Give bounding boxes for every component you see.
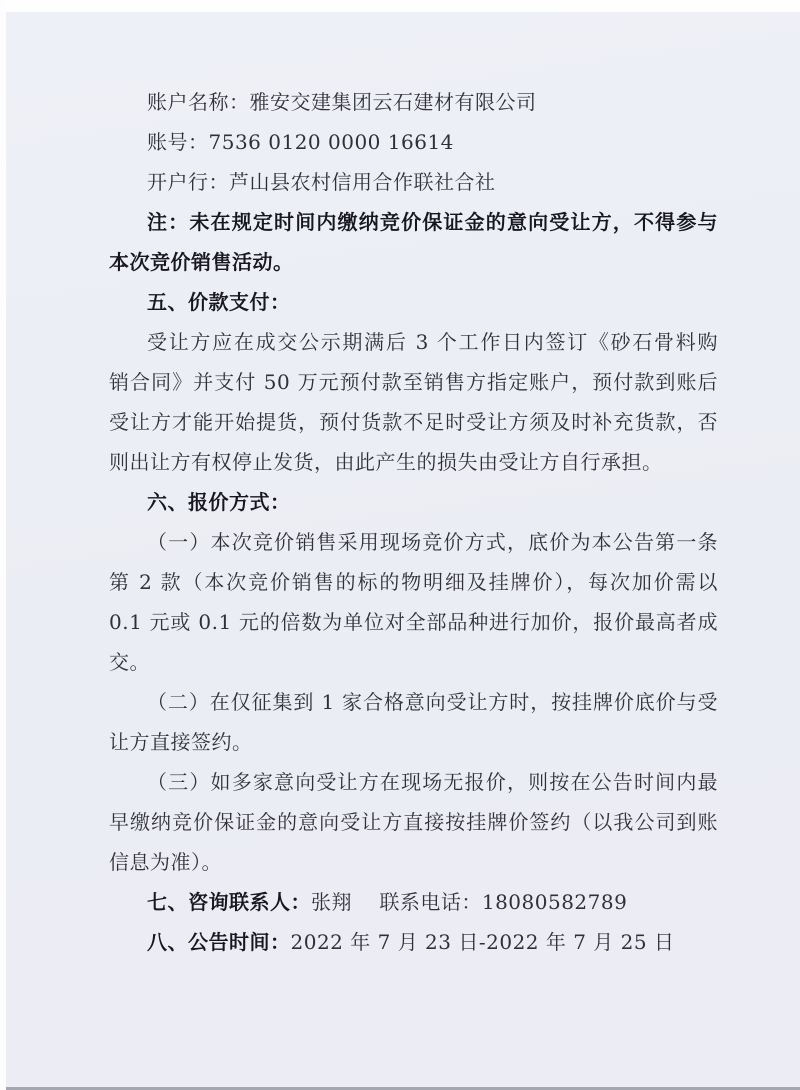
bid-method-item2-line-2: 让方直接签约。: [109, 722, 718, 762]
account-name-line: 账户名称：雅安交建集团云石建材有限公司: [109, 82, 718, 122]
announcement-period-line: 八、公告时间：2022 年 7 月 23 日-2022 年 7 月 25 日: [109, 922, 718, 962]
contact-heading: 七、咨询联系人：: [147, 890, 311, 914]
bid-method-item3-line-1: （三）如多家意向受让方在现场无报价，则按在公告时间内最: [109, 762, 718, 802]
payment-para-line-2: 销合同》并支付 50 万元预付款至销售方指定账户，预付款到账后: [109, 362, 718, 402]
account-number-line: 账号：7536 0120 0000 16614: [109, 122, 718, 162]
contact-line: 七、咨询联系人：张翔 联系电话：18080582789: [109, 882, 718, 922]
payment-para-line-3: 受让方才能开始提货，预付货款不足时受让方须及时补充货款，否: [109, 402, 718, 442]
payment-para-line-4: 则出让方有权停止发货，由此产生的损失由受让方自行承担。: [109, 442, 718, 482]
section-5-heading: 五、价款支付：: [109, 282, 718, 322]
bid-method-item1-line-4: 交。: [109, 642, 718, 682]
bank-name-line: 开户行：芦山县农村信用合作联社合社: [109, 162, 718, 202]
bid-method-item1-line-1: （一）本次竞价销售采用现场竞价方式，底价为本公告第一条: [109, 522, 718, 562]
bid-method-item3-line-3: 信息为准）。: [109, 842, 718, 882]
document-text-block: 账户名称：雅安交建集团云石建材有限公司 账号：7536 0120 0000 16…: [109, 82, 718, 962]
deposit-note-line-2: 本次竞价销售活动。: [109, 242, 718, 282]
scanned-document-page: { "page": { "paper_color": "#ecedf4", "e…: [0, 0, 800, 1090]
announcement-period-value: 2022 年 7 月 23 日-2022 年 7 月 25 日: [291, 930, 675, 954]
bid-method-item2-line-1: （二）在仅征集到 1 家合格意向受让方时，按挂牌价底价与受: [109, 682, 718, 722]
bid-method-item3-line-2: 早缴纳竞价保证金的意向受让方直接按挂牌价签约（以我公司到账: [109, 802, 718, 842]
bid-method-item1-line-2: 第 2 款（本次竞价销售的标的物明细及挂牌价），每次加价需以: [109, 562, 718, 602]
bid-method-item1-line-3: 0.1 元或 0.1 元的倍数为单位对全部品种进行加价，报价最高者成: [109, 602, 718, 642]
deposit-note-line-1: 注：未在规定时间内缴纳竞价保证金的意向受让方，不得参与: [109, 202, 718, 242]
scan-top-edge: [0, 0, 800, 12]
announcement-period-heading: 八、公告时间：: [147, 930, 291, 954]
payment-para-line-1: 受让方应在成交公示期满后 3 个工作日内签订《砂石骨料购: [109, 322, 718, 362]
section-6-heading: 六、报价方式：: [109, 482, 718, 522]
contact-info: 张翔 联系电话：18080582789: [311, 890, 627, 914]
